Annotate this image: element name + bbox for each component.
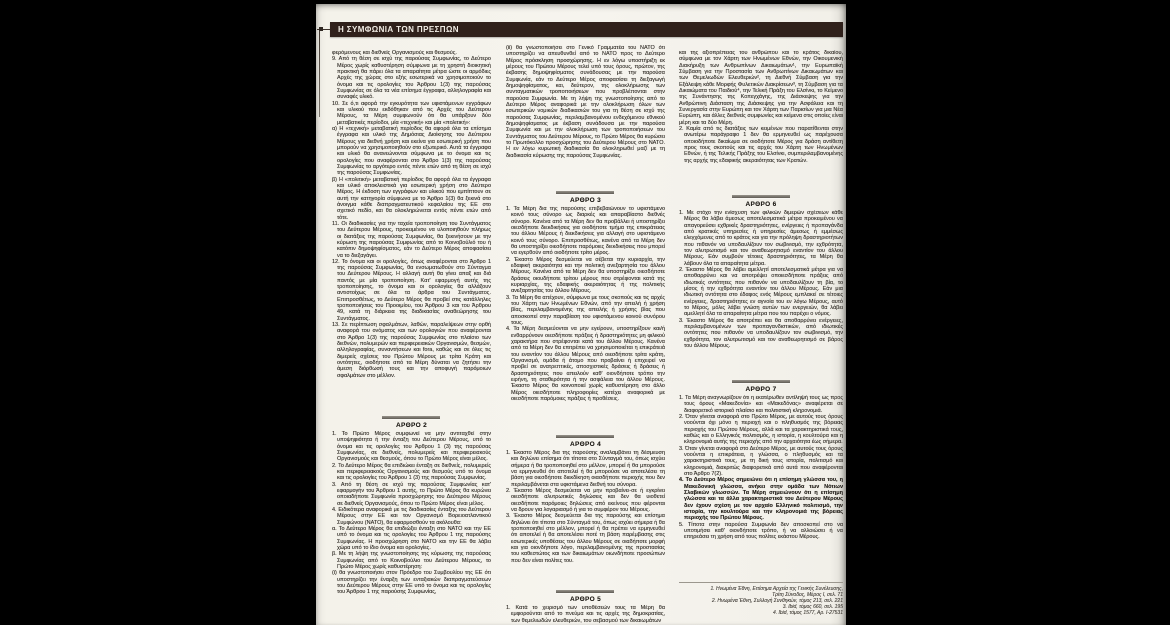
section-divider xyxy=(556,435,614,438)
paragraph: 3. Έκαστο Μέρος δεσμεύεται δια της παρού… xyxy=(506,513,665,564)
column-1-article-1-continuation: φερόμενους και διεθνείς Οργανισμούς και … xyxy=(332,50,491,413)
screenshot-canvas: Η ΣΥΜΦΩΝΙΑ ΤΩΝ ΠΡΕΣΠΩΝ φερόμενους και δι… xyxy=(0,0,1170,625)
paragraph: 5. Τίποτα στην παρούσα Συμφωνία δεν αποσ… xyxy=(679,522,843,541)
section-divider xyxy=(556,590,614,593)
paragraph: 2. Το Δεύτερο Μέρος θα επιδιώκει ένταξη … xyxy=(332,463,491,482)
paragraph: 4. Το Δεύτερο Μέρος σημειώνει ότι η επίσ… xyxy=(679,477,843,521)
paragraph: 2. Έκαστο Μέρος θα λάβει αμελλητί αποτελ… xyxy=(679,267,843,318)
article-4-heading: ΑΡΘΡΟ 4 xyxy=(506,441,665,448)
bracket-vertical-line xyxy=(319,29,321,117)
paragraph: α. Το Δεύτερο Μέρος θα επιδιώξει ένταξη … xyxy=(332,526,491,551)
paragraph: 1. Έκαστο Μέρος δια της παρούσης αναλαμβ… xyxy=(506,450,665,488)
page-title-banner: Η ΣΥΜΦΩΝΙΑ ΤΩΝ ΠΡΕΣΠΩΝ xyxy=(330,22,843,37)
paragraph: 3. Από τη θέση σε ισχύ της παρούσας Συμφ… xyxy=(332,482,491,507)
article-3-heading: ΑΡΘΡΟ 3 xyxy=(506,197,665,204)
paragraph: 2. Έκαστο Μέρος δεσμεύεται να μην προβαί… xyxy=(506,488,665,513)
article-5-heading: ΑΡΘΡΟ 5 xyxy=(506,596,665,603)
column-2-article-4-text: 1. Έκαστο Μέρος δια της παρούσης αναλαμβ… xyxy=(506,450,665,586)
paragraph: 4. Ειδικότερα αναφορικά με τις διαδικασί… xyxy=(332,507,491,526)
paragraph: 4. Τα Μέρη δεσμεύονται να μην εγείρουν, … xyxy=(506,326,665,402)
paragraph: (ii) θα γνωστοποιήσει στο Γενικό Γραμματ… xyxy=(506,45,665,159)
paragraph: 4. Ibid, τόμος 1577, Αρ. Ι-27531 xyxy=(679,610,843,616)
paragraph: 3. Όταν γίνεται αναφορά στο Δεύτερο Μέρο… xyxy=(679,446,843,478)
newspaper-page-scan: Η ΣΥΜΦΩΝΙΑ ΤΩΝ ΠΡΕΣΠΩΝ φερόμενους και δι… xyxy=(316,4,846,625)
footnote-rule xyxy=(679,582,843,583)
paragraph: 1. Κατά το χειρισμό των υποθέσεών τους τ… xyxy=(506,605,665,624)
paragraph: β) Η «πολιτική» μεταβατική περίοδος θα α… xyxy=(332,177,491,221)
paragraph: 2. Όταν γίνεται αναφορά στο Πρώτο Μέρος,… xyxy=(679,414,843,446)
column-2-article-5-start: 1. Κατά το χειρισμό των υποθέσεών τους τ… xyxy=(506,605,665,625)
article-2-heading: ΑΡΘΡΟ 2 xyxy=(332,422,491,429)
bracket-bullet xyxy=(319,27,323,31)
column-2-article-3-text: 1. Τα Μέρη δια της παρούσης επιβεβαιώνου… xyxy=(506,206,665,430)
paragraph: 11. Οι διαδικασίες για την ταχεία τροποπ… xyxy=(332,221,491,259)
paragraph: 2. Καμία από τις διατάξεις των κειμένων … xyxy=(679,126,843,164)
column-3-article-7-text: 1. Τα Μέρη αναγνωρίζουν ότι η εκατέρωθεν… xyxy=(679,395,843,578)
paragraph: 3. Τα Μέρη θα απέχουν, σύμφωνα με τους σ… xyxy=(506,295,665,327)
section-divider xyxy=(382,416,440,419)
paragraph: β. Με τη λήψη της γνωστοποίησης της κύρω… xyxy=(332,551,491,570)
article-7-heading: ΑΡΘΡΟ 7 xyxy=(679,386,843,393)
section-divider xyxy=(732,195,790,198)
paragraph: α) Η «τεχνική» μεταβατική περίοδος θα αφ… xyxy=(332,126,491,177)
paragraph: 10. Σε ό,τι αφορά την εγκυρότητα των υφι… xyxy=(332,101,491,126)
article-6-heading: ΑΡΘΡΟ 6 xyxy=(679,201,843,208)
paragraph: 13. Σε περίπτωση σφαλμάτων, λαθών, παραλ… xyxy=(332,322,491,379)
paragraph: και της αξιοπρέπειας του ανθρώπου και το… xyxy=(679,50,843,126)
paragraph: 2. Έκαστο Μέρος δεσμεύεται να σέβεται τη… xyxy=(506,257,665,295)
column-1-article-2-text: 1. Το Πρώτο Μέρος συμφωνεί να μην αντιτα… xyxy=(332,431,491,625)
paragraph: 1. Με στόχο την ενίσχυση των φιλικών διμ… xyxy=(679,210,843,267)
paragraph: 1. Το Πρώτο Μέρος συμφωνεί να μην αντιτα… xyxy=(332,431,491,463)
column-2-article-2-continuation: (ii) θα γνωστοποιήσει στο Γενικό Γραμματ… xyxy=(506,45,665,188)
footnotes: 1. Ηνωμένα Έθνη, Επίσημα Αρχεία της Γενι… xyxy=(679,586,843,616)
paragraph: 1. Τα Μέρη δια της παρούσης επιβεβαιώνου… xyxy=(506,206,665,257)
paragraph: (i) θα γνωστοποιήσει στον Πρόεδρο του Συ… xyxy=(332,570,491,595)
paragraph: 1. Τα Μέρη αναγνωρίζουν ότι η εκατέρωθεν… xyxy=(679,395,843,414)
paragraph: 12. Το όνομα και οι ορολογίες, όπως αναφ… xyxy=(332,259,491,322)
column-3-article-5-continuation: και της αξιοπρέπειας του ανθρώπου και το… xyxy=(679,50,843,191)
paragraph: 9. Από τη θέση σε ισχύ της παρούσας Συμφ… xyxy=(332,56,491,100)
paragraph: 3. Έκαστο Μέρος θα αποτρέπει και θα αποθ… xyxy=(679,318,843,350)
column-3-article-6-text: 1. Με στόχο την ενίσχυση των φιλικών διμ… xyxy=(679,210,843,375)
section-divider xyxy=(556,191,614,194)
page-title: Η ΣΥΜΦΩΝΙΑ ΤΩΝ ΠΡΕΣΠΩΝ xyxy=(330,22,843,37)
section-divider xyxy=(732,380,790,383)
